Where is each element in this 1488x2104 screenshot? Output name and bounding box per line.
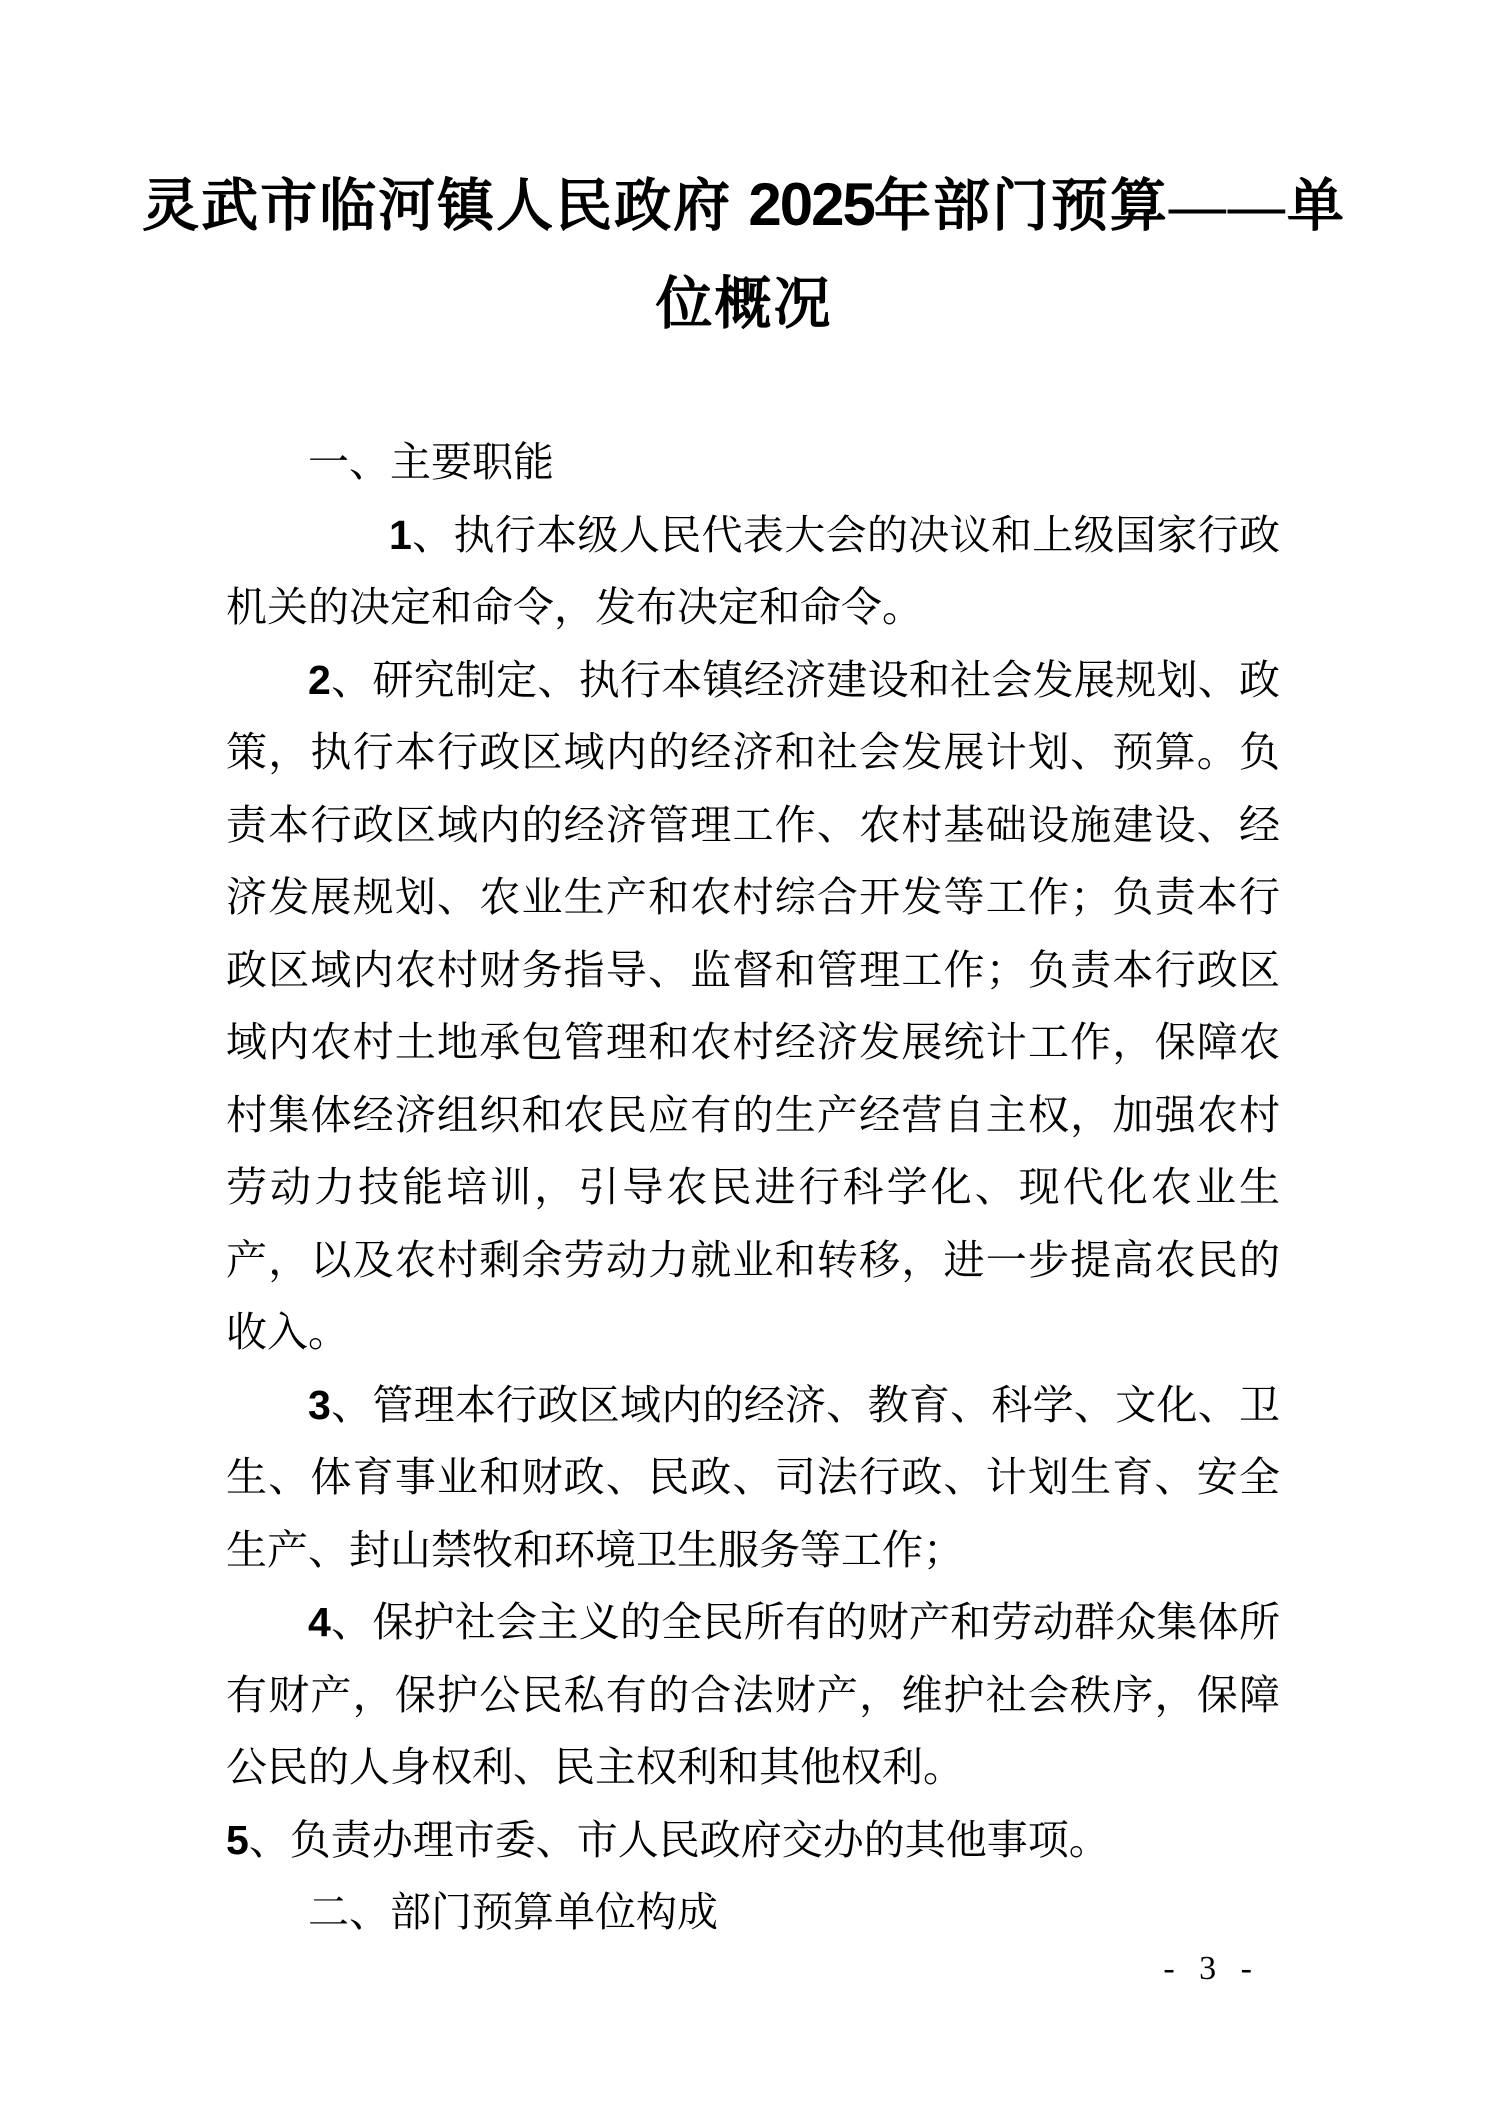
- section-heading-main-functions: 一、主要职能: [226, 426, 1280, 499]
- function-item-4-text: 、保护社会主义的全民所有的财产和劳动群众集体所有财产，保护公民私有的合法财产，维…: [226, 1599, 1280, 1790]
- function-item-2-text: 、研究制定、执行本镇经济建设和社会发展规划、政策，执行本行政区域内的经济和社会发…: [226, 657, 1280, 1356]
- function-item-1: 1、执行本级人民代表大会的决议和上级国家行政机关的决定和命令，发布决定和命令。: [226, 499, 1280, 644]
- section-heading-budget-units: 二、部门预算单位构成: [226, 1876, 1280, 1949]
- function-item-3: 3、管理本行政区域内的经济、教育、科学、文化、卫生、体育事业和财政、民政、司法行…: [226, 1369, 1280, 1587]
- title-year: 2025: [748, 171, 873, 238]
- document-page: 灵武市临河镇人民政府 2025年部门预算——单位概况 一、主要职能 1、执行本级…: [0, 0, 1488, 2104]
- function-item-2: 2、研究制定、执行本镇经济建设和社会发展规划、政策，执行本行政区域内的经济和社会…: [226, 644, 1280, 1369]
- function-item-5-number: 5: [226, 1817, 249, 1863]
- document-title: 灵武市临河镇人民政府 2025年部门预算——单位概况: [140, 156, 1348, 354]
- function-item-5-text: 、负责办理市委、市人民政府交办的其他事项。: [249, 1817, 1110, 1863]
- section-heading-budget-units-text: 二、部门预算单位构成: [308, 1889, 718, 1935]
- function-item-3-number: 3: [308, 1382, 331, 1428]
- function-item-3-text: 、管理本行政区域内的经济、教育、科学、文化、卫生、体育事业和财政、民政、司法行政…: [226, 1382, 1280, 1573]
- function-item-1-number: 1: [389, 512, 412, 558]
- title-text-prefix: 灵武市临河镇人民政府: [142, 175, 748, 238]
- function-item-1-text: 、执行本级人民代表大会的决议和上级国家行政机关的决定和命令，发布决定和命令。: [226, 512, 1280, 631]
- document-body: 一、主要职能 1、执行本级人民代表大会的决议和上级国家行政机关的决定和命令，发布…: [226, 426, 1280, 1949]
- page-number: - 3 -: [1163, 1950, 1260, 1988]
- section-heading-text: 一、主要职能: [308, 439, 554, 485]
- function-item-2-number: 2: [308, 657, 331, 703]
- function-item-4: 4、保护社会主义的全民所有的财产和劳动群众集体所有财产，保护公民私有的合法财产，…: [226, 1586, 1280, 1804]
- function-item-5: 5、负责办理市委、市人民政府交办的其他事项。: [226, 1804, 1280, 1877]
- function-item-4-number: 4: [308, 1599, 331, 1645]
